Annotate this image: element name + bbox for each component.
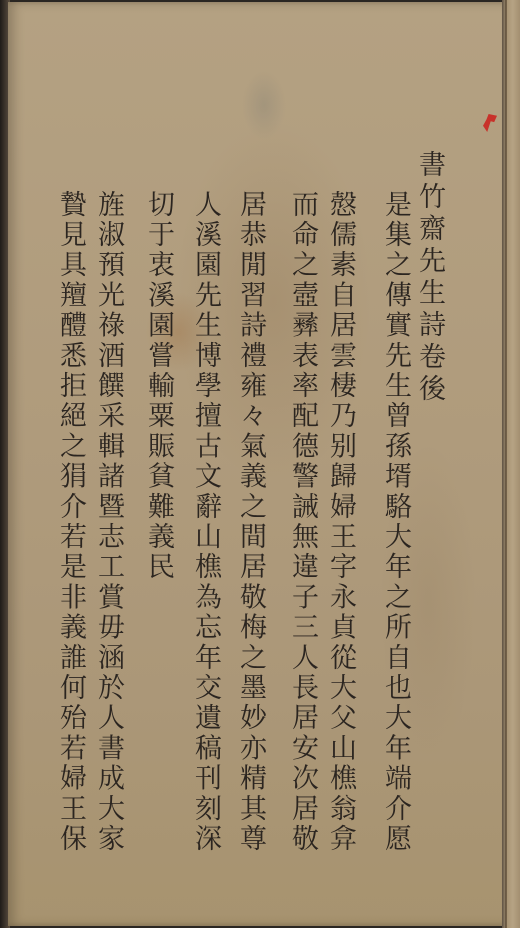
text-column-6: 人溪園先生博學擅古文辭山樵為忘年交遺稿刊刻深 xyxy=(188,190,222,854)
text-column-7: 切于衷溪園嘗輸粟賑貧難義民 xyxy=(141,190,175,583)
text-column-4: 而命之壼彞表率配德警誡無違子三人長居安次居敬 xyxy=(285,190,319,854)
text-column-2: 是集之傳實先生曾孫壻駱大年之所自也大年端介愿 xyxy=(378,190,412,854)
text-column-3: 慤儒素自居雲棲乃别歸婦王字永貞從大父山樵翁弇 xyxy=(323,190,357,854)
text-column-9: 贄見具羶醴悉拒絕之狷介若是非義誰何殆若婦王保 xyxy=(53,190,87,854)
text-column-5: 居恭閒習詩禮雍々氣義之間居敬梅之墨妙亦精其尊 xyxy=(233,190,267,854)
text-columns: 書竹齋先生詩卷後 是集之傳實先生曾孫壻駱大年之所自也大年端介愿 慤儒素自居雲棲乃… xyxy=(0,0,520,928)
title-column: 書竹齋先生詩卷後 xyxy=(412,150,446,406)
text-column-8: 旌淑預光祿酒饌采輯諸暨志工賞毋涵於人書成大家 xyxy=(91,190,125,854)
